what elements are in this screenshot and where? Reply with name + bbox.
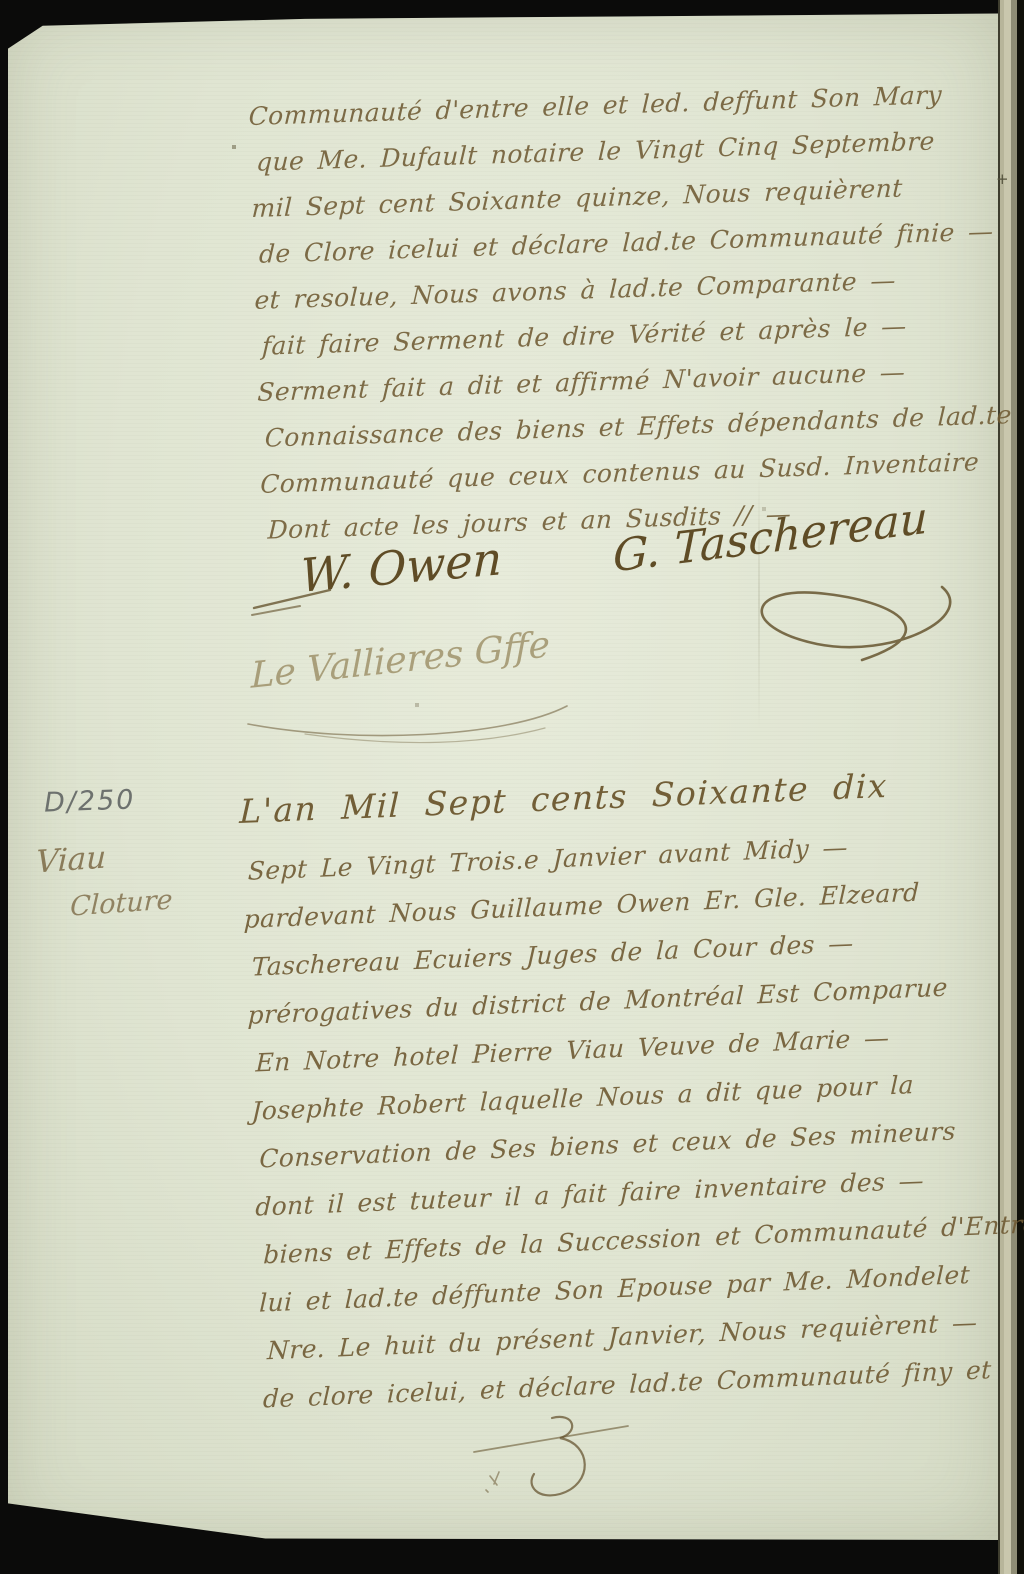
paper-specks: [0, 0, 2, 2]
margin-file-number: D/250: [43, 784, 135, 818]
taschereau-paraph: [690, 572, 980, 687]
edge-plus-mark: +: [996, 170, 1009, 188]
closing-paraph: [466, 1412, 641, 1524]
paragraph-closure-1: Communauté d'entre elle et led. deffunt …: [248, 71, 1004, 554]
margin-party-name: Viau: [35, 839, 106, 880]
paragraph-closure-2: L'an Mil Sept cents Soixante dixSept Le …: [238, 746, 1019, 1424]
clerk-paraph: [243, 686, 578, 748]
